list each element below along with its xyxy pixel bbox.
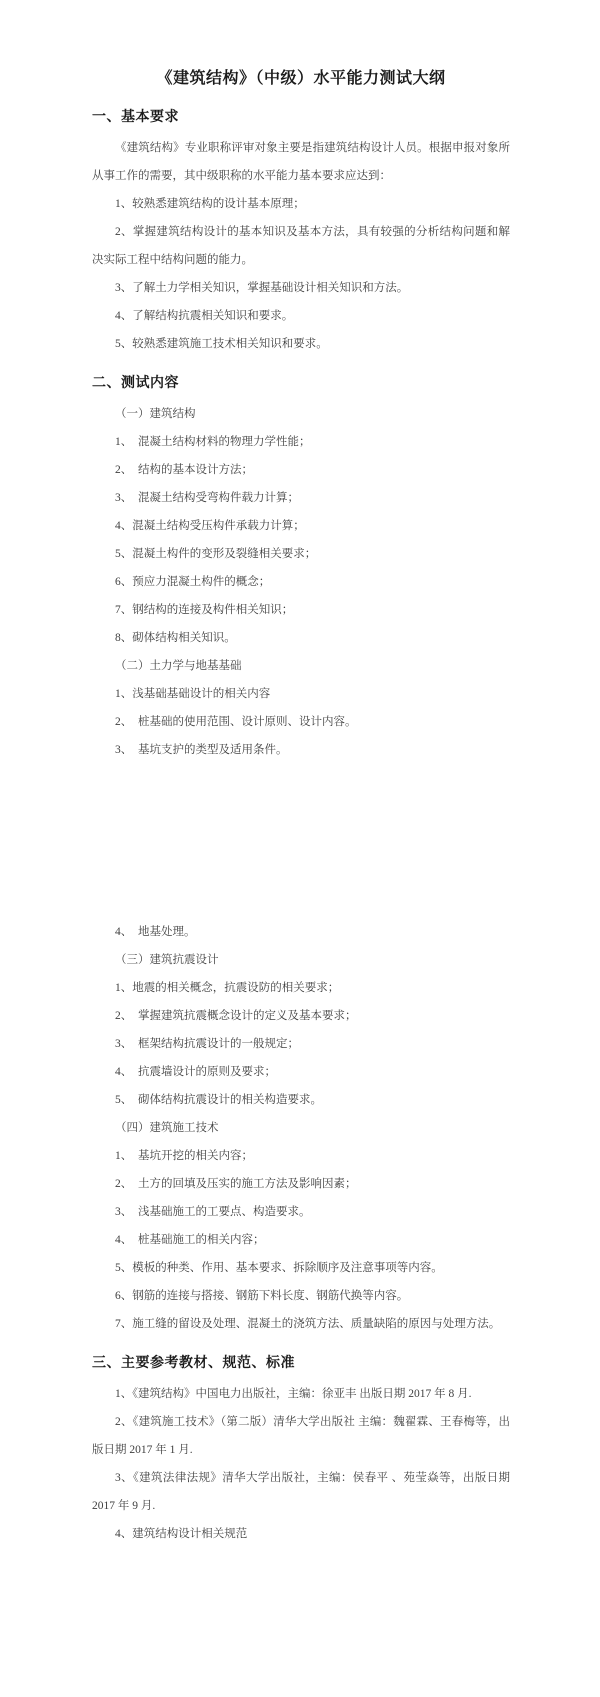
sub2-item-4: 4、 地基处理。 [92, 918, 510, 946]
sub4-item-6: 6、钢筋的连接与搭接、钢筋下料长度、钢筋代换等内容。 [92, 1282, 510, 1310]
subsection-heading-4: （四）建筑施工技术 [92, 1114, 510, 1142]
sub3-item-4: 4、 抗震墙设计的原则及要求； [92, 1058, 510, 1086]
section-heading-basic-requirements: 一、基本要求 [92, 104, 510, 128]
sub3-item-5: 5、 砌体结构抗震设计的相关构造要求。 [92, 1086, 510, 1114]
basic-req-item-4: 4、了解结构抗震相关知识和要求。 [92, 302, 510, 330]
basic-req-item-1: 1、较熟悉建筑结构的设计基本原理； [92, 190, 510, 218]
sub2-item-2: 2、 桩基础的使用范围、设计原则、设计内容。 [92, 708, 510, 736]
basic-req-item-5: 5、较熟悉建筑施工技术相关知识和要求。 [92, 330, 510, 358]
sub1-item-7: 7、钢结构的连接及构件相关知识； [92, 596, 510, 624]
reference-item-1: 1、《建筑结构》中国电力出版社，主编：徐亚丰 出版日期 2017 年 8 月. [92, 1380, 510, 1408]
sub4-item-3: 3、 浅基础施工的工要点、构造要求。 [92, 1198, 510, 1226]
sub2-item-1: 1、浅基础基础设计的相关内容 [92, 680, 510, 708]
sub1-item-6: 6、预应力混凝土构件的概念； [92, 568, 510, 596]
sub2-item-3: 3、 基坑支护的类型及适用条件。 [92, 736, 510, 764]
sub1-item-1: 1、 混凝土结构材料的物理力学性能； [92, 428, 510, 456]
subsection-heading-3: （三）建筑抗震设计 [92, 946, 510, 974]
reference-item-2: 2、《建筑施工技术》（第二版）清华大学出版社 主编：魏翟霖、王春梅等，出版日期 … [92, 1408, 510, 1464]
section-heading-test-content: 二、测试内容 [92, 370, 510, 394]
sub1-item-2: 2、 结构的基本设计方法； [92, 456, 510, 484]
reference-item-3: 3、《建筑法律法规》清华大学出版社，主编：侯春平 、苑莹焱等，出版日期 2017… [92, 1464, 510, 1520]
sub1-item-3: 3、 混凝土结构受弯构件载力计算； [92, 484, 510, 512]
sub4-item-7: 7、施工缝的留设及处理、混凝土的浇筑方法、质量缺陷的原因与处理方法。 [92, 1310, 510, 1338]
sub1-item-5: 5、混凝土构件的变形及裂缝相关要求； [92, 540, 510, 568]
sub3-item-3: 3、 框架结构抗震设计的一般规定； [92, 1030, 510, 1058]
sub4-item-1: 1、 基坑开挖的相关内容； [92, 1142, 510, 1170]
sub4-item-5: 5、模板的种类、作用、基本要求、拆除顺序及注意事项等内容。 [92, 1254, 510, 1282]
document-page: 《建筑结构》（中级）水平能力测试大纲一、基本要求《建筑结构》专业职称评审对象主要… [0, 0, 600, 1697]
reference-item-4: 4、建筑结构设计相关规范 [92, 1520, 510, 1548]
page-break-gap [92, 764, 510, 918]
sub3-item-2: 2、 掌握建筑抗震概念设计的定义及基本要求； [92, 1002, 510, 1030]
sub3-item-1: 1、地震的相关概念，抗震设防的相关要求； [92, 974, 510, 1002]
intro-paragraph: 《建筑结构》专业职称评审对象主要是指建筑结构设计人员。根据申报对象所从事工作的需… [92, 134, 510, 190]
sub4-item-2: 2、 土方的回填及压实的施工方法及影响因素； [92, 1170, 510, 1198]
sub1-item-8: 8、砌体结构相关知识。 [92, 624, 510, 652]
subsection-heading-2: （二）土力学与地基基础 [92, 652, 510, 680]
sub4-item-4: 4、 桩基础施工的相关内容； [92, 1226, 510, 1254]
sub1-item-4: 4、混凝土结构受压构件承载力计算； [92, 512, 510, 540]
subsection-heading-1: （一）建筑结构 [92, 400, 510, 428]
basic-req-item-3: 3、了解土力学相关知识，掌握基础设计相关知识和方法。 [92, 274, 510, 302]
section-heading-references: 三、主要参考教材、规范、标准 [92, 1350, 510, 1374]
document-title: 《建筑结构》（中级）水平能力测试大纲 [92, 66, 510, 92]
basic-req-item-2: 2、掌握建筑结构设计的基本知识及基本方法，具有较强的分析结构问题和解决实际工程中… [92, 218, 510, 274]
